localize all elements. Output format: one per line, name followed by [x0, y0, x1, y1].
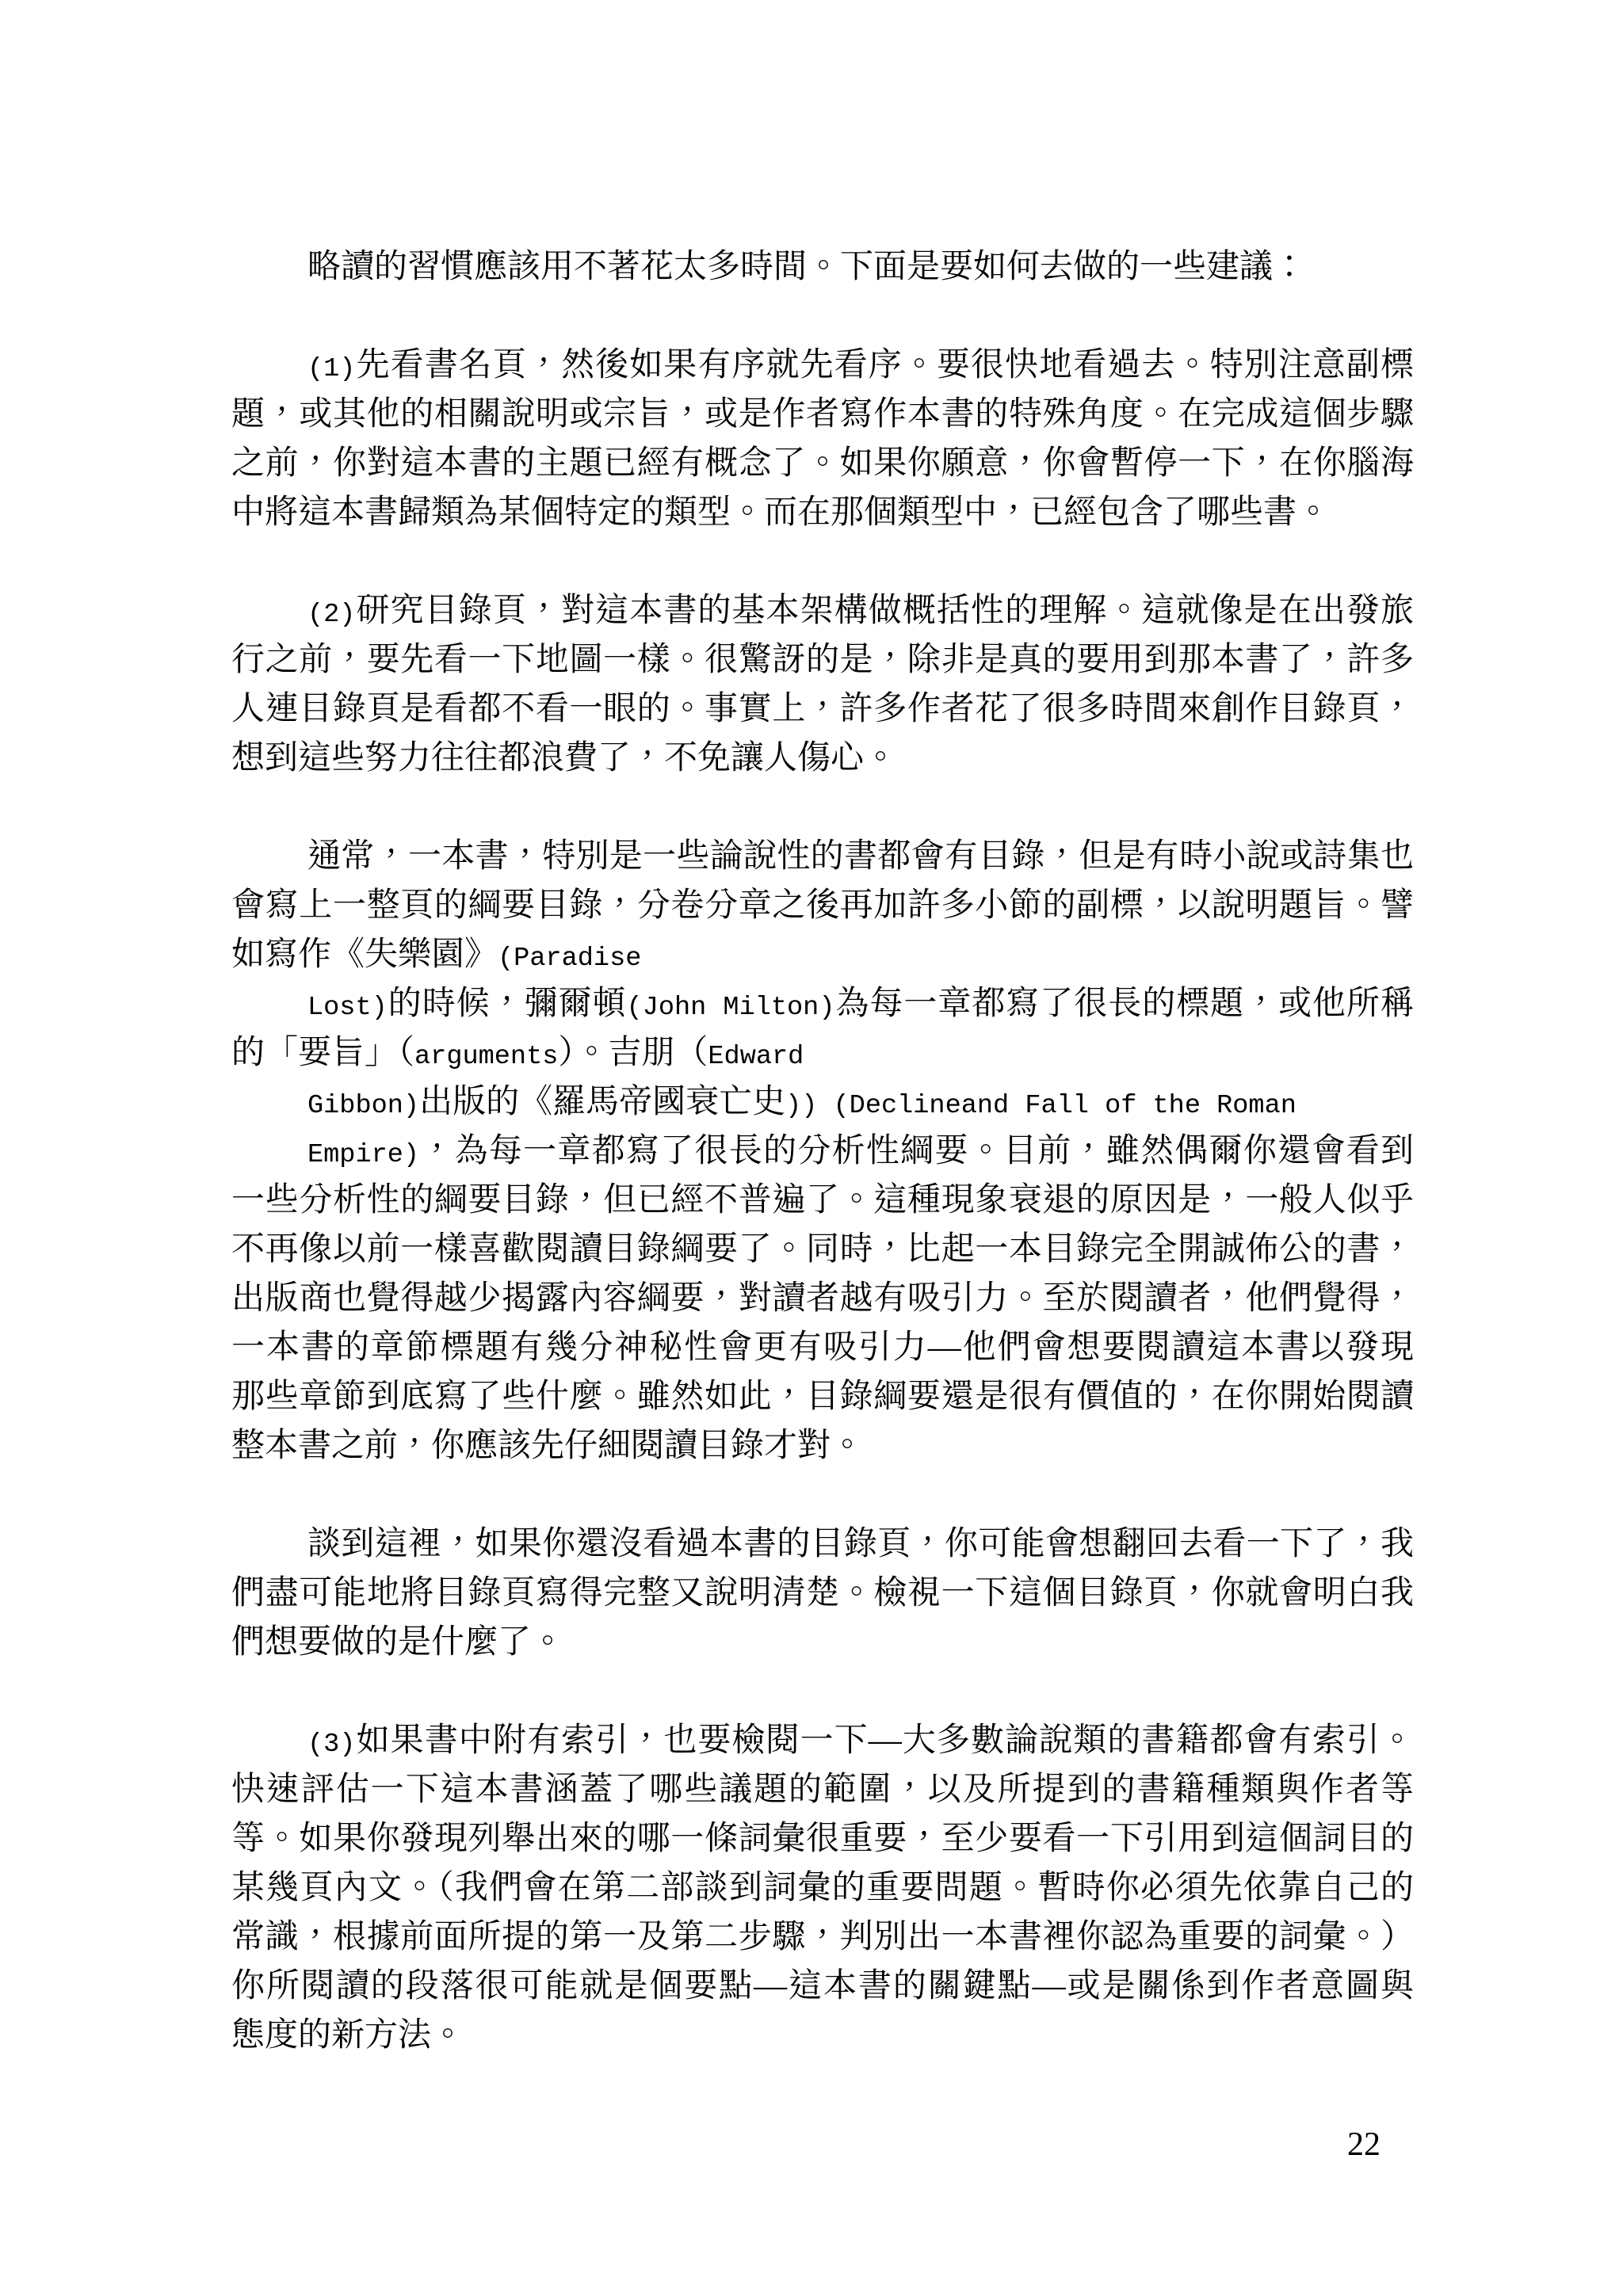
text-line: 如寫作《失樂園》(Paradise: [231, 930, 1414, 979]
latin-text: Empire): [307, 1140, 419, 1170]
latin-text: Gibbon): [307, 1091, 419, 1121]
text-line: 通常，一本書，特別是一些論說性的書都會有目錄，但是有時小說或詩集也: [231, 832, 1414, 881]
latin-text: (John Milton): [627, 993, 835, 1023]
document-page: 略讀的習慣應該用不著花太多時間。下面是要如何去做的一些建議：(1)先看書名頁，然…: [0, 0, 1623, 2296]
text-line: 們盡可能地將目錄頁寫得完整又說明清楚。檢視一下這個目錄頁，你就會明白我: [231, 1569, 1414, 1618]
text-line: (3)如果書中附有索引，也要檢閱一下—大多數論說類的書籍都會有索引。: [231, 1716, 1414, 1765]
latin-text: (1): [307, 354, 355, 384]
text-line: 會寫上一整頁的綱要目錄，分卷分章之後再加許多小節的副標，以說明題旨。譬: [231, 881, 1414, 930]
text-line: 一本書的章節標題有幾分神秘性會更有吸引力—他們會想要閱讀這本書以發現: [231, 1323, 1414, 1372]
document-body: 略讀的習慣應該用不著花太多時間。下面是要如何去做的一些建議：(1)先看書名頁，然…: [231, 242, 1414, 2060]
latin-text: )) (Declineand Fall of the Roman: [785, 1091, 1296, 1121]
latin-text: Edward: [708, 1042, 804, 1072]
text-line: 的「要旨」（arguments）。吉朋（Edward: [231, 1028, 1414, 1077]
text-line: 出版商也覺得越少揭露內容綱要，對讀者越有吸引力。至於閱讀者，他們覺得，: [231, 1274, 1414, 1323]
latin-text: Lost): [307, 993, 388, 1023]
text-line: 一些分析性的綱要目錄，但已經不普遍了。這種現象衰退的原因是，一般人似乎: [231, 1176, 1414, 1225]
text-line: (1)先看書名頁，然後如果有序就先看序。要很快地看過去。特別注意副標: [231, 341, 1414, 390]
text-line: 整本書之前，你應該先仔細閱讀目錄才對。: [231, 1421, 1414, 1470]
latin-text: (Paradise: [498, 944, 641, 974]
text-line: Gibbon)出版的《羅馬帝國衰亡史)) (Declineand Fall of…: [231, 1077, 1414, 1127]
text-line: 中將這本書歸類為某個特定的類型。而在那個類型中，已經包含了哪些書。: [231, 488, 1414, 537]
text-line: Lost)的時候，彌爾頓(John Milton)為每一章都寫了很長的標題，或他…: [231, 979, 1414, 1028]
paragraph: (2)研究目錄頁，對這本書的基本架構做概括性的理解。這就像是在出發旅行之前，要先…: [231, 586, 1414, 783]
text-line: 等。如果你發現列舉出來的哪一條詞彙很重要，至少要看一下引用到這個詞目的: [231, 1814, 1414, 1863]
text-line: 某幾頁內文。（我們會在第二部談到詞彙的重要問題。暫時你必須先依靠自己的: [231, 1863, 1414, 1913]
text-line: 你所閱讀的段落很可能就是個要點—這本書的關鍵點—或是關係到作者意圖與: [231, 1962, 1414, 2011]
latin-text: (2): [307, 600, 355, 630]
text-line: 題，或其他的相關說明或宗旨，或是作者寫作本書的特殊角度。在完成這個步驟: [231, 390, 1414, 439]
text-line: 們想要做的是什麼了。: [231, 1618, 1414, 1667]
text-line: 常識，根據前面所提的第一及第二步驟，判別出一本書裡你認為重要的詞彙。）: [231, 1913, 1414, 1962]
text-line: 想到這些努力往往都浪費了，不免讓人傷心。: [231, 734, 1414, 783]
text-line: 快速評估一下這本書涵蓋了哪些議題的範圍，以及所提到的書籍種類與作者等: [231, 1765, 1414, 1814]
text-line: 那些章節到底寫了些什麼。雖然如此，目錄綱要還是很有價值的，在你開始閱讀: [231, 1372, 1414, 1421]
text-line: Empire)，為每一章都寫了很長的分析性綱要。目前，雖然偶爾你還會看到: [231, 1127, 1414, 1176]
page-number: 22: [1347, 2125, 1381, 2164]
paragraph: 通常，一本書，特別是一些論說性的書都會有目錄，但是有時小說或詩集也會寫上一整頁的…: [231, 832, 1414, 1470]
text-line: 不再像以前一樣喜歡閱讀目錄綱要了。同時，比起一本目錄完全開誠佈公的書，: [231, 1225, 1414, 1274]
paragraph: 談到這裡，如果你還沒看過本書的目錄頁，你可能會想翻回去看一下了，我們盡可能地將目…: [231, 1520, 1414, 1667]
text-line: 談到這裡，如果你還沒看過本書的目錄頁，你可能會想翻回去看一下了，我: [231, 1520, 1414, 1569]
paragraph: (3)如果書中附有索引，也要檢閱一下—大多數論說類的書籍都會有索引。快速評估一下…: [231, 1716, 1414, 2060]
paragraph: 略讀的習慣應該用不著花太多時間。下面是要如何去做的一些建議：: [231, 242, 1414, 292]
text-line: (2)研究目錄頁，對這本書的基本架構做概括性的理解。這就像是在出發旅: [231, 586, 1414, 635]
text-line: 略讀的習慣應該用不著花太多時間。下面是要如何去做的一些建議：: [231, 242, 1414, 292]
text-line: 之前，你對這本書的主題已經有概念了。如果你願意，你會暫停一下，在你腦海: [231, 439, 1414, 488]
latin-text: (3): [307, 1730, 355, 1760]
text-line: 人連目錄頁是看都不看一眼的。事實上，許多作者花了很多時間來創作目錄頁，: [231, 685, 1414, 734]
latin-text: arguments: [414, 1042, 558, 1072]
text-line: 態度的新方法。: [231, 2011, 1414, 2060]
paragraph: (1)先看書名頁，然後如果有序就先看序。要很快地看過去。特別注意副標題，或其他的…: [231, 341, 1414, 537]
text-line: 行之前，要先看一下地圖一樣。很驚訝的是，除非是真的要用到那本書了，許多: [231, 635, 1414, 685]
